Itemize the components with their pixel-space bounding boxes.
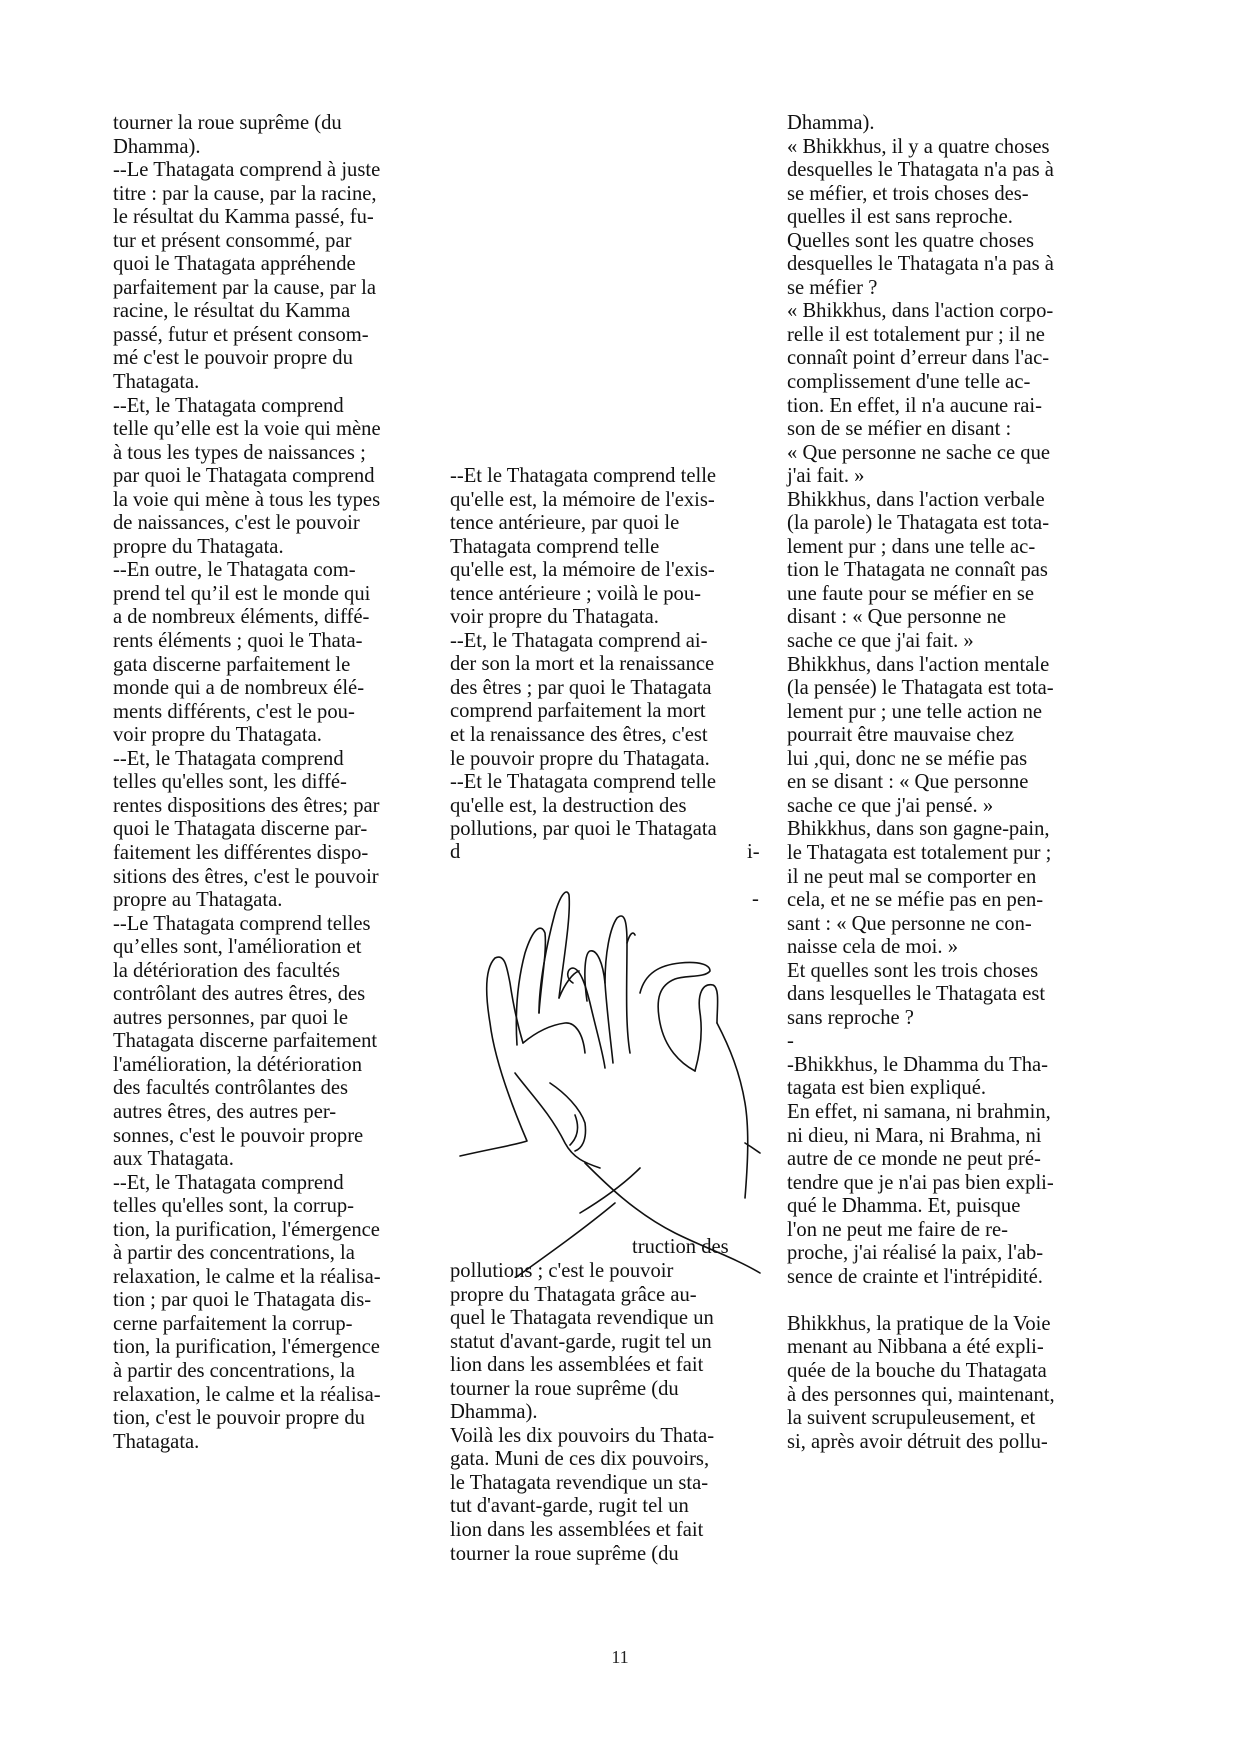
text-line: tendre que je n'ai pas bien expli- [787,1172,1055,1196]
text-line: der son la mort et la renaissance [450,653,717,677]
occluded-line-end: i- [747,841,760,865]
text-line: relaxation, le calme et la réalisa- [113,1266,381,1290]
text-line: sache ce que j'ai fait. » [787,630,1055,654]
document-page: tourner la roue suprême (duDhamma).--Le … [0,0,1240,1754]
text-line: --Et le Thatagata comprend telle [450,771,717,795]
text-line: --En outre, le Thatagata com- [113,559,381,583]
text-line: --Le Thatagata comprend telles [113,913,381,937]
text-line: --Et, le Thatagata comprend ai- [450,630,717,654]
text-line: -Bhikkhus, le Dhamma du Tha- [787,1054,1055,1078]
text-line: telle qu’elle est la voie qui mène [113,418,381,442]
text-line: lui ,qui, donc ne se méfie pas [787,748,1055,772]
text-line: contrôlant des autres êtres, des [113,983,381,1007]
text-line: son de se méfier en disant : [787,418,1055,442]
text-line: « Que personne ne sache ce que [787,442,1055,466]
text-line: cerne parfaitement la corrup- [113,1313,381,1337]
text-line: pollutions, par quoi le Thatagata [450,818,717,842]
text-line: des êtres ; par quoi le Thatagata [450,677,717,701]
text-line: comprend parfaitement la mort [450,700,717,724]
text-line: voir propre du Thatagata. [113,724,381,748]
text-line: tion. En effet, il n'a aucune rai- [787,395,1055,419]
text-line: des facultés contrôlantes des [113,1077,381,1101]
text-line: pourrait être mauvaise chez [787,724,1055,748]
text-line: qu'elle est, la mémoire de l'exis- [450,489,717,513]
text-line: le pouvoir propre du Thatagata. [450,748,717,772]
text-line: et la renaissance des êtres, c'est [450,724,717,748]
text-line: Dhamma). [787,112,1055,136]
text-line: Quelles sont les quatre choses [787,230,1055,254]
text-line: sant : « Que personne ne con- [787,913,1055,937]
text-line: sonnes, c'est le pouvoir propre [113,1125,381,1149]
text-line: quel le Thatagata revendique un [450,1307,714,1331]
mudra-hands-illustration-icon [455,883,765,1278]
text-line: gata. Muni de ces dix pouvoirs, [450,1448,714,1472]
text-line: Bhikkhus, dans l'action verbale [787,489,1055,513]
page-number: 11 [0,1647,1240,1668]
text-line: dans lesquelles le Thatagata est [787,983,1055,1007]
text-line: en se disant : « Que personne [787,771,1055,795]
text-line: monde qui a de nombreux élé- [113,677,381,701]
text-line: à partir des concentrations, la [113,1360,381,1384]
text-line: tence antérieure ; voilà le pou- [450,583,717,607]
text-line: quée de la bouche du Thatagata [787,1360,1055,1384]
text-line: prend tel qu’il est le monde qui [113,583,381,607]
text-line: autre de ce monde ne peut pré- [787,1148,1055,1172]
text-line: lion dans les assemblées et fait [450,1519,714,1543]
text-line: autres personnes, par quoi le [113,1007,381,1031]
text-line: ments différents, c'est le pou- [113,701,381,725]
text-line: « Bhikkhus, il y a quatre choses [787,136,1055,160]
text-line: sitions des êtres, c'est le pouvoir [113,866,381,890]
text-line: sence de crainte et l'intrépidité. [787,1266,1055,1290]
text-line: tourner la roue suprême (du [450,1543,714,1567]
text-line: Et quelles sont les trois choses [787,960,1055,984]
text-line: --Et, le Thatagata comprend [113,1172,381,1196]
text-line: complissement d'une telle ac- [787,371,1055,395]
text-line: « Bhikkhus, dans l'action corpo- [787,300,1055,324]
text-line: En effet, ni samana, ni brahmin, [787,1101,1055,1125]
text-line: le Thatagata revendique un sta- [450,1472,714,1496]
text-line: relle il est totalement pur ; il ne [787,324,1055,348]
text-line: proche, j'ai réalisé la paix, l'ab- [787,1242,1055,1266]
text-line: Thatagata comprend telle [450,536,717,560]
text-line: qué le Dhamma. Et, puisque [787,1195,1055,1219]
text-line: - [787,1030,1055,1054]
text-line: tagata est bien expliqué. [787,1077,1055,1101]
text-line: parfaitement par la cause, par la [113,277,381,301]
text-line: la détérioration des facultés [113,960,381,984]
text-line: la suivent scrupuleusement, et [787,1407,1055,1431]
text-line: tence antérieure, par quoi le [450,512,717,536]
text-line: quelles il est sans reproche. [787,206,1055,230]
text-line: sache ce que j'ai pensé. » [787,795,1055,819]
text-line: Bhikkhus, dans l'action mentale [787,654,1055,678]
text-line: lement pur ; dans une telle ac- [787,536,1055,560]
text-line: rentes dispositions des êtres; par [113,795,381,819]
text-line: statut d'avant-garde, rugit tel un [450,1331,714,1355]
text-line: Dhamma). [450,1401,714,1425]
text-line: (la pensée) le Thatagata est tota- [787,677,1055,701]
text-line: quoi le Thatagata discerne par- [113,818,381,842]
text-line: tion ; par quoi le Thatagata dis- [113,1289,381,1313]
text-line: mé c'est le pouvoir propre du [113,347,381,371]
text-line: tur et présent consommé, par [113,230,381,254]
text-line: le Thatagata est totalement pur ; [787,842,1055,866]
text-line: propre du Thatagata. [113,536,381,560]
text-line: Thatagata. [113,371,381,395]
text-line: ni dieu, ni Mara, ni Brahma, ni [787,1125,1055,1149]
text-line: Dhamma). [113,136,381,160]
text-line: Bhikkhus, la pratique de la Voie [787,1313,1055,1337]
text-line: tion, la purification, l'émergence [113,1336,381,1360]
text-line: sans reproche ? [787,1007,1055,1031]
text-line: la voie qui mène à tous les types [113,489,381,513]
text-line: lement pur ; une telle action ne [787,701,1055,725]
text-line: gata discerne parfaitement le [113,654,381,678]
text-line: --Et, le Thatagata comprend [113,748,381,772]
text-line: pollutions ; c'est le pouvoir [450,1260,714,1284]
text-column-middle-top: --Et le Thatagata comprend tellequ'elle … [450,465,717,842]
text-line: Bhikkhus, dans son gagne-pain, [787,818,1055,842]
text-line: l'amélioration, la détérioration [113,1054,381,1078]
text-line: Thatagata. [113,1431,381,1455]
text-line: disant : « Que personne ne [787,606,1055,630]
text-line: autres êtres, des autres per- [113,1101,381,1125]
text-line: par quoi le Thatagata comprend [113,465,381,489]
text-line: a de nombreux éléments, diffé- [113,606,381,630]
text-line: à partir des concentrations, la [113,1242,381,1266]
text-line: passé, futur et présent consom- [113,324,381,348]
text-line: telles qu'elles sont, les diffé- [113,771,381,795]
text-line: propre du Thatagata grâce au- [450,1284,714,1308]
text-line: de naissances, c'est le pouvoir [113,512,381,536]
text-line: relaxation, le calme et la réalisa- [113,1384,381,1408]
text-line: --Et, le Thatagata comprend [113,395,381,419]
text-column-right: Dhamma).« Bhikkhus, il y a quatre choses… [787,112,1055,1454]
text-line: aux Thatagata. [113,1148,381,1172]
text-line: lion dans les assemblées et fait [450,1354,714,1378]
text-line: tion, c'est le pouvoir propre du [113,1407,381,1431]
text-line: une faute pour se méfier en se [787,583,1055,607]
text-line: qu'elle est, la mémoire de l'exis- [450,559,717,583]
text-line: qu'elle est, la destruction des [450,795,717,819]
text-column-middle-bottom: pollutions ; c'est le pouvoirpropre du T… [450,1260,714,1566]
text-line: rents éléments ; quoi le Thata- [113,630,381,654]
text-line: j'ai fait. » [787,465,1055,489]
text-line: se méfier ? [787,277,1055,301]
text-line: le résultat du Kamma passé, fu- [113,206,381,230]
text-line: --Et le Thatagata comprend telle [450,465,717,489]
text-line: tourner la roue suprême (du [113,112,381,136]
text-line: --Le Thatagata comprend à juste [113,159,381,183]
text-line [787,1289,1055,1313]
text-line: menant au Nibbana a été expli- [787,1336,1055,1360]
text-line: à des personnes qui, maintenant, [787,1384,1055,1408]
text-line: faitement les différentes dispo- [113,842,381,866]
text-line: se méfier, et trois choses des- [787,183,1055,207]
text-line: racine, le résultat du Kamma [113,300,381,324]
text-line: tion, la purification, l'émergence [113,1219,381,1243]
text-line: connaît point d’erreur dans l'ac- [787,347,1055,371]
text-column-left: tourner la roue suprême (duDhamma).--Le … [113,112,381,1454]
text-line: tion le Thatagata ne connaît pas [787,559,1055,583]
text-line: il ne peut mal se comporter en [787,866,1055,890]
text-line: qu’elles sont, l'amélioration et [113,936,381,960]
text-line: l'on ne peut me faire de re- [787,1219,1055,1243]
text-line: à tous les types de naissances ; [113,442,381,466]
text-line: (la parole) le Thatagata est tota- [787,512,1055,536]
text-line: desquelles le Thatagata n'a pas à [787,159,1055,183]
text-line: Voilà les dix pouvoirs du Thata- [450,1425,714,1449]
text-line: Thatagata discerne parfaitement [113,1030,381,1054]
text-line: voir propre du Thatagata. [450,606,717,630]
occluded-line-start: d [450,841,460,865]
text-line: si, après avoir détruit des pollu- [787,1431,1055,1455]
text-line: telles qu'elles sont, la corrup- [113,1195,381,1219]
text-line: propre au Thatagata. [113,889,381,913]
text-line: desquelles le Thatagata n'a pas à [787,253,1055,277]
text-line: titre : par la cause, par la racine, [113,183,381,207]
text-line: tourner la roue suprême (du [450,1378,714,1402]
text-line: cela, et ne se méfie pas en pen- [787,889,1055,913]
text-line: naisse cela de moi. » [787,936,1055,960]
text-line: quoi le Thatagata appréhende [113,253,381,277]
text-line: tut d'avant-garde, rugit tel un [450,1495,714,1519]
